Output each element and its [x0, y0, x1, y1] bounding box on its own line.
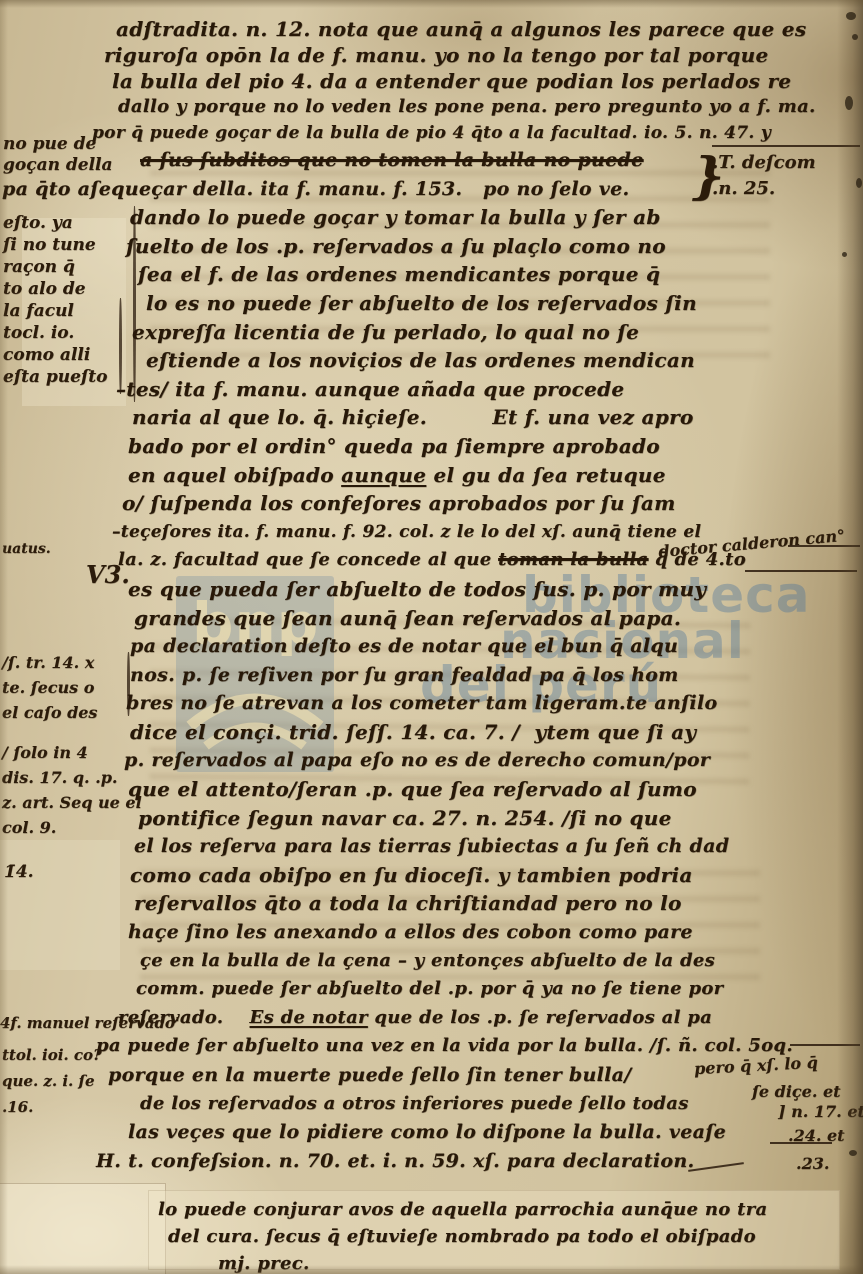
- margin-note-line: /ſ. tr. 14. x: [2, 650, 97, 675]
- margin-note-line: el caſo des: [2, 700, 97, 725]
- margin-note: pero q̄ xſ. lo q̄: [694, 1053, 819, 1078]
- ink-speck: [842, 252, 847, 257]
- margin-note-line: ttol. ioi. co?: [2, 1042, 102, 1068]
- ink-speck: [845, 96, 853, 110]
- margin-note-line: eſto. ya: [3, 212, 107, 234]
- margin-note-line: doctor calderon can°: [658, 526, 846, 561]
- margin-note-line: uatus.: [2, 541, 51, 557]
- margin-note-line: ſe diçe. et: [752, 1082, 841, 1101]
- margin-note-line: .n. 25.: [712, 176, 816, 202]
- manuscript-page: bnp biblioteca nacional del perú adſtrad…: [0, 0, 863, 1274]
- margin-note-line: / ſolo in 4: [2, 740, 142, 765]
- margin-note-line: te. ſecus o: [2, 675, 97, 700]
- ink-speck: [849, 1150, 857, 1156]
- margin-note: doctor calderon can°: [658, 526, 846, 561]
- margin-note: .T. deſcom.n. 25.: [712, 150, 816, 202]
- margin-note-line: pero q̄ xſ. lo q̄: [694, 1053, 819, 1078]
- margin-note: ttol. ioi. co?que. z. i. ſe.16.: [2, 1042, 102, 1120]
- margin-note-line: la facul: [3, 300, 107, 322]
- margin-note-line: to alo de: [3, 278, 107, 300]
- margin-note: V3.: [86, 560, 130, 589]
- ink-stroke: [790, 1044, 860, 1046]
- margin-note-line: V3.: [86, 560, 130, 589]
- margin-note-line: 4f. manuel reſervado': [0, 1014, 180, 1032]
- margin-note-line: .16.: [2, 1094, 102, 1120]
- ink-speck: [852, 34, 858, 40]
- margin-note-line: ſi no tune: [3, 234, 107, 256]
- margin-note-line: ] n. 17. et: [778, 1102, 863, 1121]
- ink-stroke: [770, 1142, 832, 1144]
- margin-note: 1̄4.: [4, 862, 34, 882]
- margin-note-line: dis. 17. q. .p.: [2, 765, 142, 790]
- margin-note: 4f. manuel reſervado': [0, 1014, 180, 1032]
- ink-stroke: [788, 545, 860, 547]
- margin-note: uatus.: [2, 541, 51, 557]
- margin-note-line: col. 9.: [2, 815, 142, 840]
- ink-speck: [846, 12, 856, 20]
- ink-speck: [856, 178, 862, 188]
- margin-note-line: goçan della: [3, 155, 113, 176]
- ink-bracket: [119, 298, 122, 394]
- margin-note-line: como alli: [3, 344, 107, 366]
- ink-stroke: [745, 570, 857, 572]
- margin-note: /ſ. tr. 14. xte. ſecus oel caſo des: [2, 650, 97, 725]
- margin-note-line: z. art. Seq ue el: [2, 790, 142, 815]
- margin-note-line: tocl. io.: [3, 322, 107, 344]
- margin-note-line: }: [692, 146, 724, 205]
- margin-note: ] n. 17. et: [778, 1102, 863, 1121]
- ink-bracket: [133, 206, 136, 402]
- margin-note: / ſolo in 4dis. 17. q. .p.z. art. Seq ue…: [2, 740, 142, 840]
- margin-note: .23.: [796, 1154, 829, 1173]
- margin-note-line: que. z. i. ſe: [2, 1068, 102, 1094]
- margin-note-line: no pue de: [3, 134, 113, 155]
- ink-bracket: [127, 652, 130, 716]
- ink-stroke: [712, 145, 860, 147]
- margin-note-line: .T. deſcom: [712, 150, 816, 176]
- margin-note: no pue degoçan della: [3, 134, 113, 176]
- margin-note: eſto. yaſi no tuneraçon q̄to alo dela fa…: [3, 212, 107, 388]
- margin-note: }: [692, 146, 724, 205]
- margin-note-line: eſta pueſto: [3, 366, 107, 388]
- margin-note-line: .23.: [796, 1154, 829, 1173]
- margin-note-line: 1̄4.: [4, 862, 34, 882]
- margin-note: ſe diçe. et: [752, 1082, 841, 1101]
- margin-notes-layer: no pue degoçan dellaeſto. yaſi no tunera…: [0, 0, 863, 1274]
- margin-note-line: raçon q̄: [3, 256, 107, 278]
